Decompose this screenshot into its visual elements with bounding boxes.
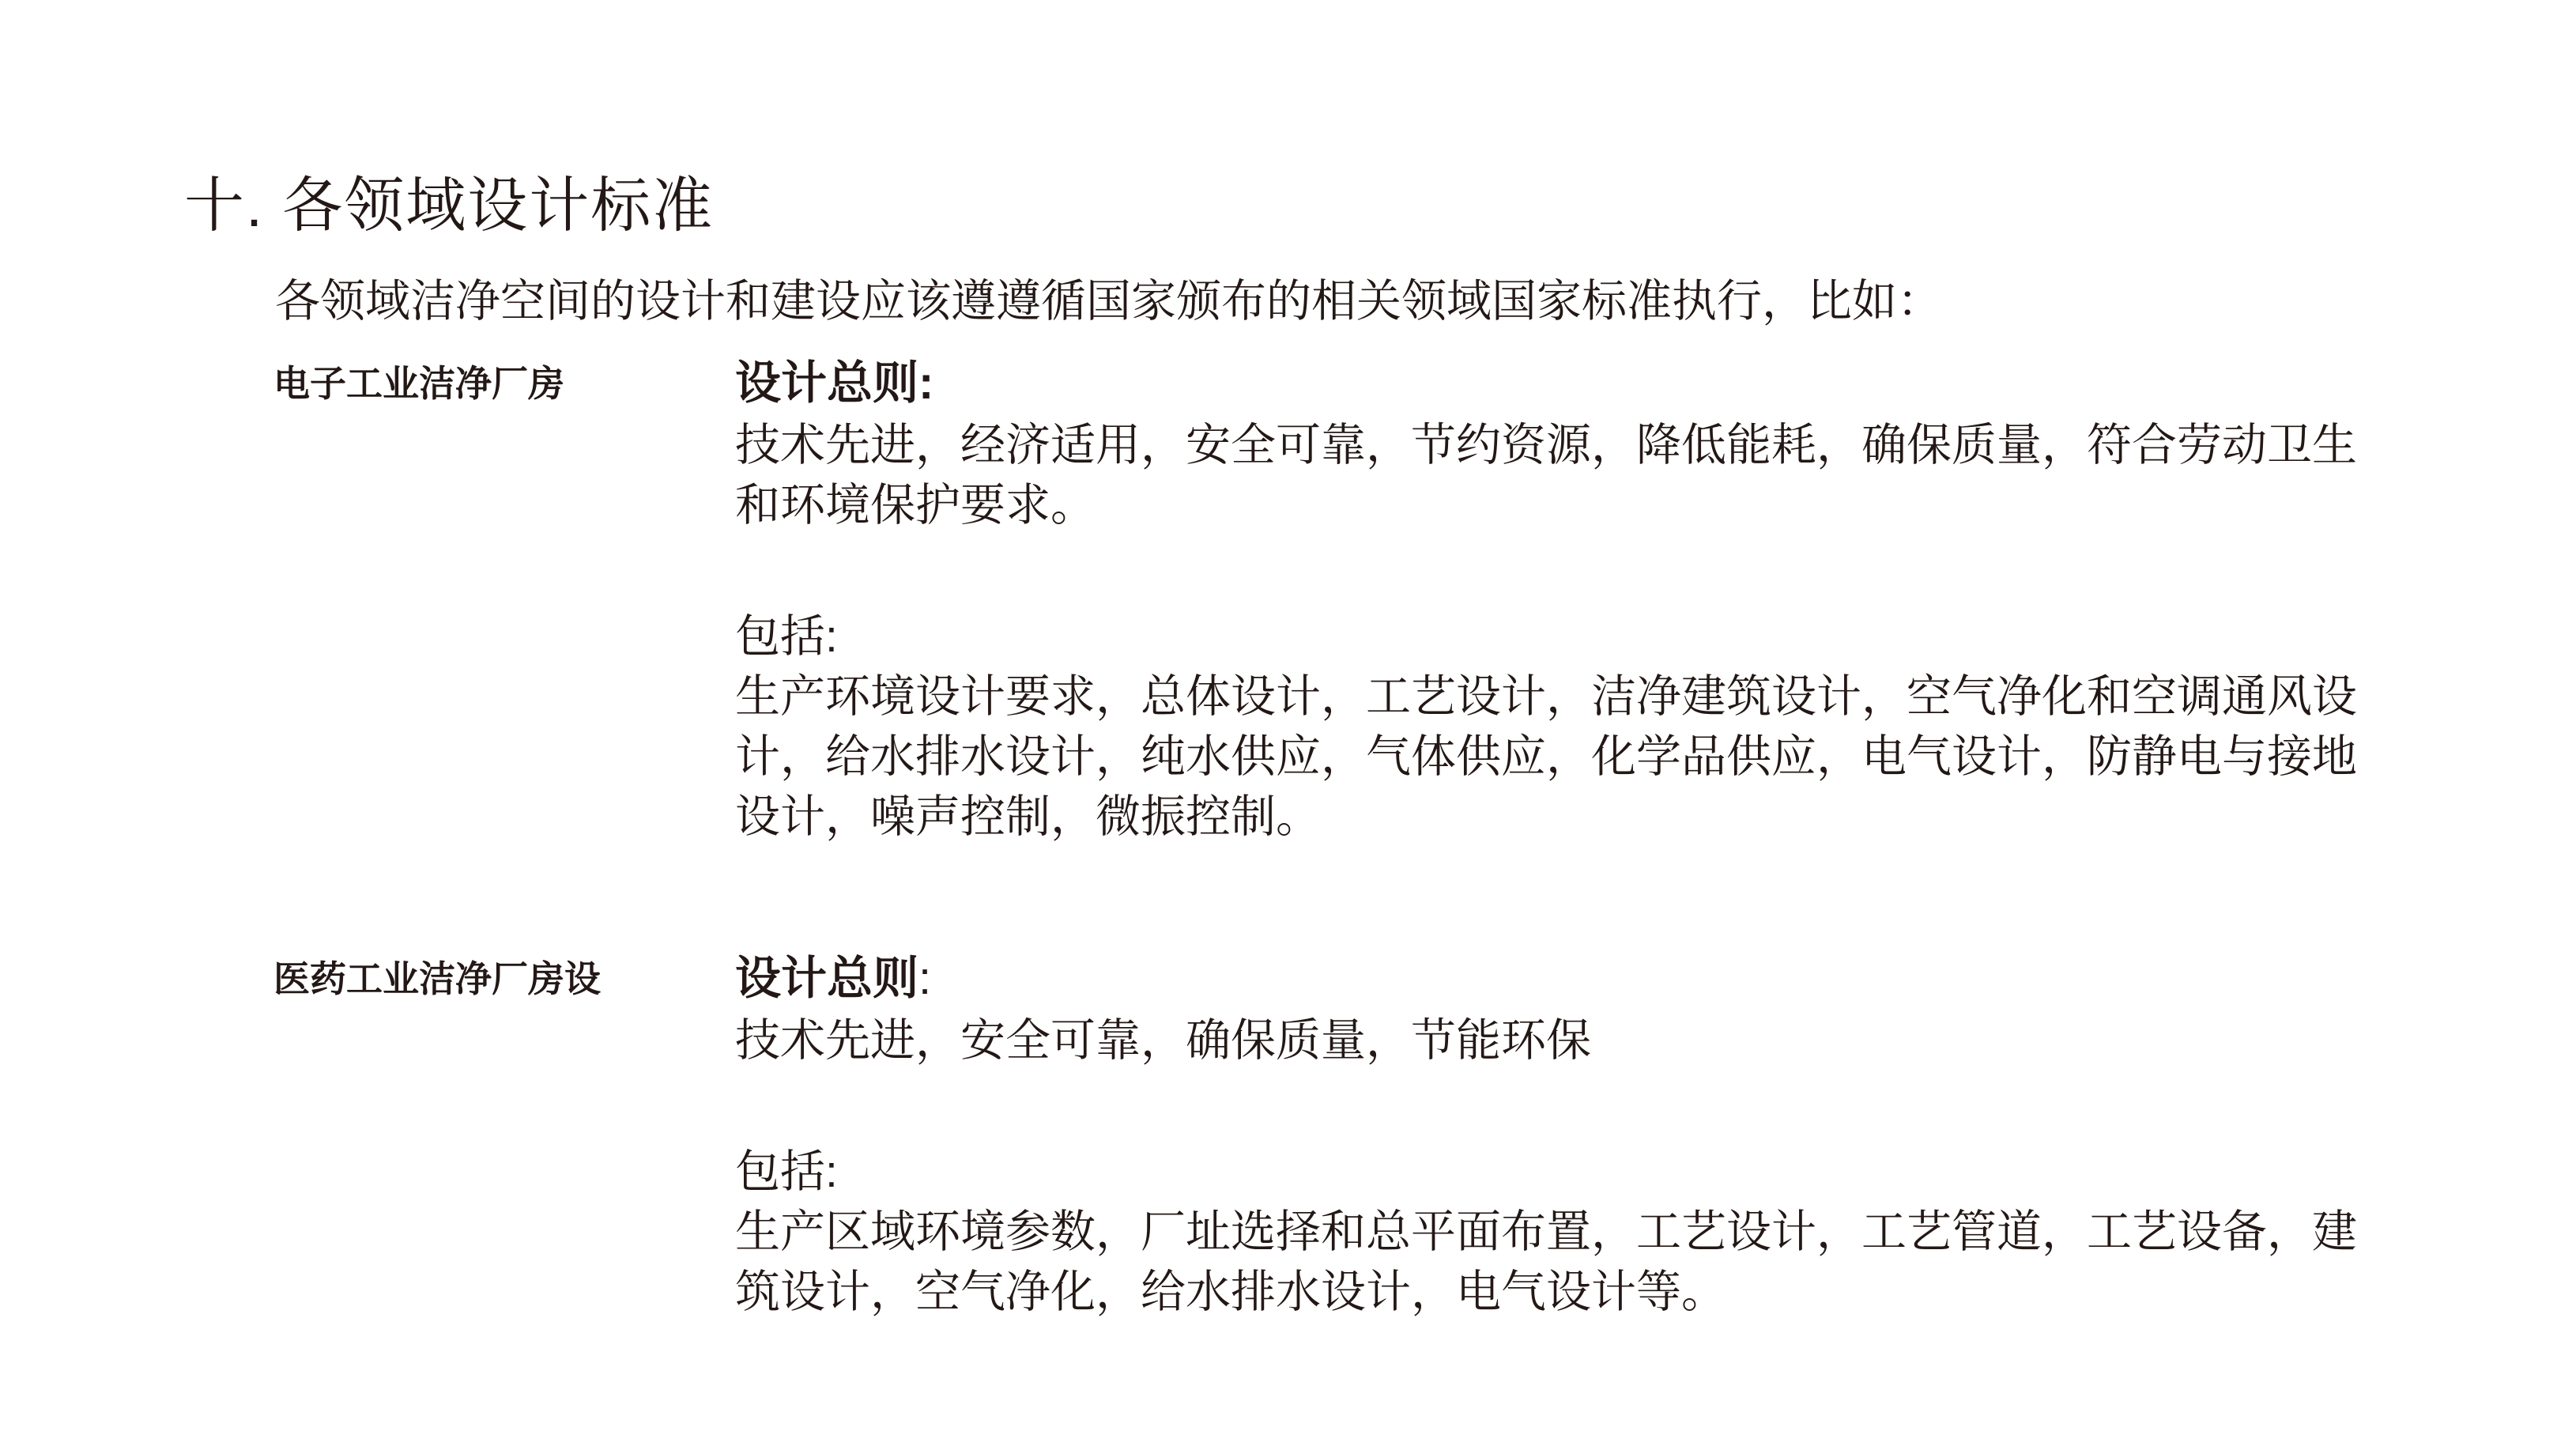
principles-heading: 设计总则:: [735, 352, 2375, 415]
principles-body: 技术先进，经济适用，安全可靠，节约资源，降低能耗，确保质量，符合劳动卫生和环境保…: [735, 415, 2375, 535]
includes-heading: 包括:: [735, 606, 2375, 666]
principles-heading-text: 设计总则:: [735, 357, 933, 409]
page-title: 十. 各领域设计标准: [184, 157, 714, 244]
section-content: 设计总则: 技术先进，安全可靠，确保质量，节能环保 包括: 生产区域环境参数，厂…: [735, 947, 2375, 1322]
section-content: 设计总则: 技术先进，经济适用，安全可靠，节约资源，降低能耗，确保质量，符合劳动…: [735, 352, 2375, 847]
principles-heading-text: 设计总则: [735, 953, 918, 1004]
includes-body: 生产环境设计要求，总体设计，工艺设计，洁净建筑设计，空气净化和空调通风设计，给水…: [735, 666, 2375, 847]
principles-heading: 设计总则:: [735, 947, 2375, 1010]
section-label: 医药工业洁净厂房设: [273, 955, 716, 1003]
includes-body: 生产区域环境参数，厂址选择和总平面布置，工艺设计，工艺管道，工艺设备，建筑设计，…: [735, 1202, 2375, 1322]
principles-body: 技术先进，安全可靠，确保质量，节能环保: [735, 1010, 2375, 1071]
intro-text: 各领域洁净空间的设计和建设应该遵遵循国家颁布的相关领域国家标准执行，比如：: [275, 270, 2409, 333]
section-pharma-cleanroom: 医药工业洁净厂房设 设计总则: 技术先进，安全可靠，确保质量，节能环保 包括: …: [273, 947, 2376, 1322]
document-slide: 十. 各领域设计标准 各领域洁净空间的设计和建设应该遵遵循国家颁布的相关领域国家…: [0, 0, 2576, 1450]
section-electronics-cleanroom: 电子工业洁净厂房 设计总则: 技术先进，经济适用，安全可靠，节约资源，降低能耗，…: [273, 352, 2376, 847]
includes-heading: 包括:: [735, 1142, 2375, 1202]
section-label: 电子工业洁净厂房: [273, 360, 716, 407]
principles-heading-colon: :: [918, 953, 931, 1004]
